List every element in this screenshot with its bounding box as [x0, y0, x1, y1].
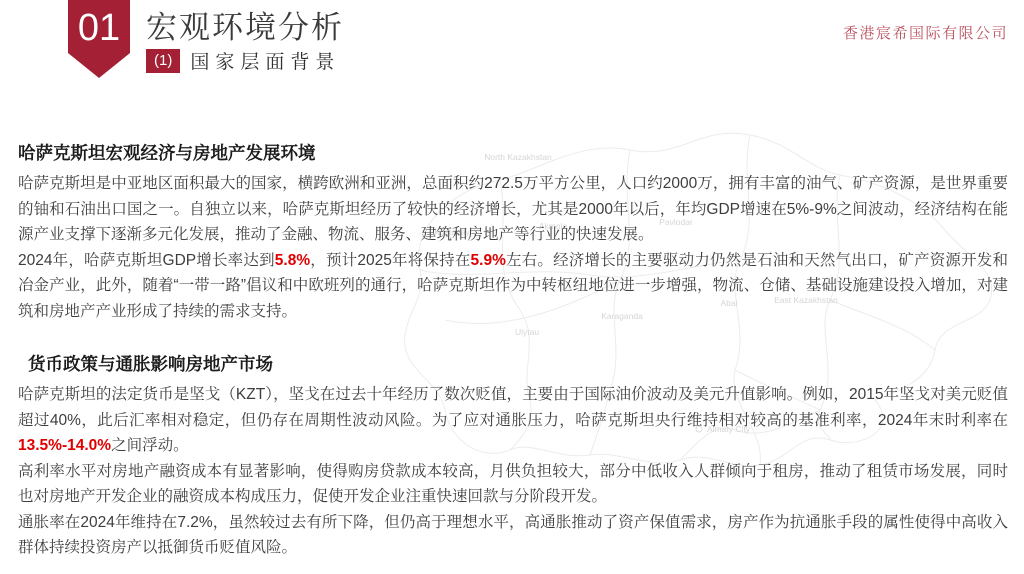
subtitle-label: 国家层面背景 [190, 47, 340, 74]
slide: North Kazakhstan Kostanay Akmola Pavloda… [0, 0, 1024, 574]
highlight-value: 13.5%-14.0% [18, 437, 111, 454]
chapter-number: 01 [78, 7, 120, 49]
subtitle-index-badge: (1) [146, 49, 180, 73]
text-segment: 之间浮动。 [111, 437, 189, 454]
highlight-value: 5.9% [471, 252, 506, 269]
text-segment: 哈萨克斯坦是中亚地区面积最大的国家，横跨欧洲和亚洲，总面积约272.5万平方公里… [18, 175, 1008, 243]
slide-content: 哈萨克斯坦宏观经济与房地产发展环境 哈萨克斯坦是中亚地区面积最大的国家，横跨欧洲… [18, 140, 1008, 561]
text-segment: ，预计2025年将保持在 [310, 252, 470, 269]
text-segment: 通胀率在2024年维持在7.2%，虽然较过去有所下降，但仍高于理想水平，高通胀推… [18, 514, 1008, 557]
page-title: 宏观环境分析 [146, 2, 344, 47]
paragraph: 2024年，哈萨克斯坦GDP增长率达到5.8%，预计2025年将保持在5.9%左… [18, 248, 1008, 325]
highlight-value: 5.8% [275, 252, 310, 269]
paragraph: 通胀率在2024年维持在7.2%，虽然较过去有所下降，但仍高于理想水平，高通胀推… [18, 510, 1008, 561]
paragraph: 哈萨克斯坦的法定货币是坚戈（KZT），坚戈在过去十年经历了数次贬值，主要由于国际… [18, 382, 1008, 459]
section-monetary-policy: 货币政策与通胀影响房地产市场 哈萨克斯坦的法定货币是坚戈（KZT），坚戈在过去十… [18, 351, 1008, 561]
paragraph: 高利率水平对房地产融资成本有显著影响，使得购房贷款成本较高，月供负担较大，部分中… [18, 459, 1008, 510]
section-heading: 哈萨克斯坦宏观经济与房地产发展环境 [18, 140, 1008, 166]
section-body: 哈萨克斯坦的法定货币是坚戈（KZT），坚戈在过去十年经历了数次贬值，主要由于国际… [18, 382, 1008, 561]
section-heading: 货币政策与通胀影响房地产市场 [18, 351, 1008, 377]
section-macro-economy: 哈萨克斯坦宏观经济与房地产发展环境 哈萨克斯坦是中亚地区面积最大的国家，横跨欧洲… [18, 140, 1008, 324]
chapter-badge: 01 [68, 0, 130, 78]
text-segment: 高利率水平对房地产融资成本有显著影响，使得购房贷款成本较高，月供负担较大，部分中… [18, 463, 1008, 506]
paragraph: 哈萨克斯坦是中亚地区面积最大的国家，横跨欧洲和亚洲，总面积约272.5万平方公里… [18, 171, 1008, 248]
company-name: 香港宸希国际有限公司 [843, 22, 1008, 43]
page-subtitle: (1) 国家层面背景 [146, 47, 340, 74]
section-body: 哈萨克斯坦是中亚地区面积最大的国家，横跨欧洲和亚洲，总面积约272.5万平方公里… [18, 171, 1008, 324]
text-segment: 2024年，哈萨克斯坦GDP增长率达到 [18, 252, 275, 269]
text-segment: 哈萨克斯坦的法定货币是坚戈（KZT），坚戈在过去十年经历了数次贬值，主要由于国际… [18, 386, 1008, 429]
